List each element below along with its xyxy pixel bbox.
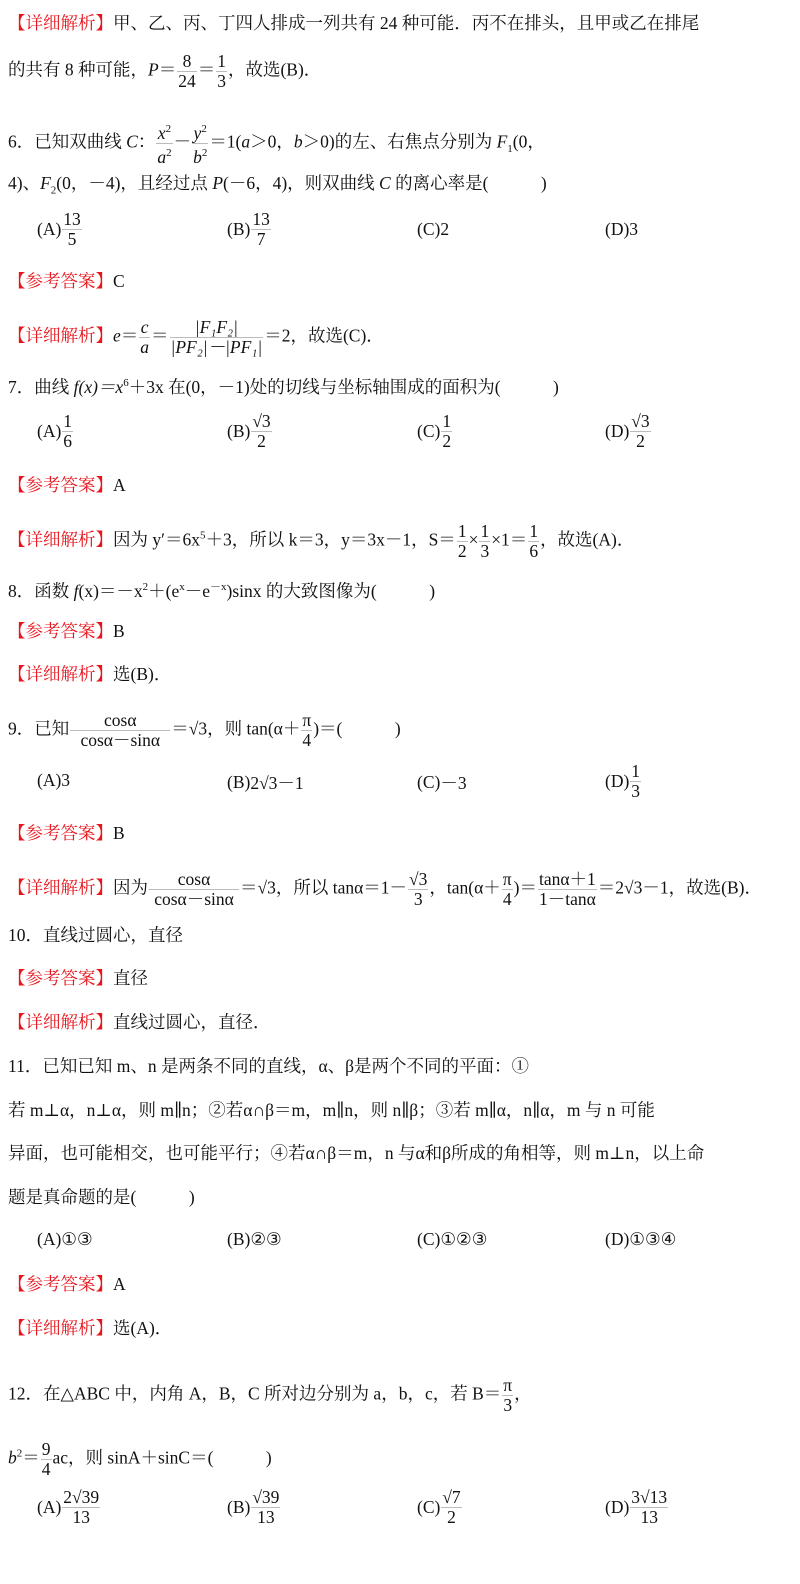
q6-stem-line1: 6．已知双曲线 C：x2a2－y2b2＝1(a＞0，b＞0)的左、右焦点分别为 … (8, 120, 545, 167)
option-b[interactable]: (B)√32 (227, 412, 273, 451)
q7-answer: 【参考答案】A (8, 474, 126, 496)
analysis-label: 【详细解析】 (8, 13, 113, 33)
fraction: 13 (216, 52, 227, 91)
analysis-label: 【详细解析】 (8, 1012, 113, 1032)
q8-answer: 【参考答案】B (8, 620, 125, 642)
fraction: y2b2 (192, 120, 208, 167)
option-a[interactable]: (A)135 (37, 210, 83, 249)
q9-analysis: 【详细解析】因为cosαcosα－sinα＝√3，所以 tanα＝1－√33，t… (8, 870, 762, 909)
answer-label: 【参考答案】 (8, 968, 113, 988)
analysis-label: 【详细解析】 (8, 326, 113, 346)
answer-label: 【参考答案】 (8, 475, 113, 495)
q12-stem-line1: 12．在△ABC 中，内角 A，B，C 所对边分别为 a，b，c，若 B＝π3， (8, 1376, 532, 1415)
analysis-label: 【详细解析】 (8, 530, 113, 550)
q6-stem-line2: 4)、F2(0，－4)，且经过点 P(－6，4)，则双曲线 C 的离心率是( ) (8, 172, 547, 202)
option-d[interactable]: (D)3√1313 (605, 1488, 669, 1527)
q11-options: (A)①③ (B)②③ (C)①②③ (D)①③④ (0, 1229, 800, 1269)
option-b[interactable]: (B)137 (227, 210, 272, 249)
q10-stem: 10．直线过圆心，直径 (8, 924, 183, 946)
analysis-label: 【详细解析】 (8, 878, 113, 898)
q10-analysis: 【详细解析】直线过圆心，直径． (8, 1011, 271, 1033)
option-a[interactable]: (A)3 (37, 770, 70, 791)
q6-options: (A)135 (B)137 (C)2 (D)3 (0, 210, 800, 250)
q7-analysis: 【详细解析】因为 y′＝6x5＋3，所以 k＝3，y＝3x－1，S＝12×13×… (8, 522, 634, 561)
option-b[interactable]: (B)②③ (227, 1229, 282, 1250)
option-b[interactable]: (B)√3913 (227, 1488, 281, 1527)
q11-stem-line1: 11．已知已知 m、n 是两条不同的直线，α、β是两个不同的平面：① (8, 1055, 529, 1077)
q7-stem: 7．曲线 f(x)＝x6＋3x 在(0，－1)处的切线与坐标轴围成的面积为( ) (8, 372, 559, 398)
analysis-label: 【详细解析】 (8, 664, 113, 684)
fraction: x2a2 (156, 120, 172, 167)
q9-answer: 【参考答案】B (8, 822, 125, 844)
q8-stem: 8．函数 f(x)＝－x2＋(ex－e－x)sinx 的大致图像为( ) (8, 576, 435, 602)
q11-analysis: 【详细解析】选(A)． (8, 1317, 172, 1339)
q11-stem-line2: 若 m⊥α，n⊥α，则 m∥n；②若α∩β＝m，m∥n，则 n∥β；③若 m∥α… (8, 1099, 655, 1121)
option-d[interactable]: (D)13 (605, 762, 642, 801)
q11-stem-line3: 异面，也可能相交，也可能平行；④若α∩β＝m，n 与α和β所成的角相等，则 m⊥… (8, 1142, 704, 1164)
q5-analysis-line1: 【详细解析】甲、乙、丙、丁四人排成一列共有 24 种可能．丙不在排头，且甲或乙在… (8, 12, 699, 34)
option-c[interactable]: (C)√72 (417, 1488, 463, 1527)
option-a[interactable]: (A)2√3913 (37, 1488, 101, 1527)
answer-label: 【参考答案】 (8, 621, 113, 641)
option-b[interactable]: (B)2√3－1 (227, 770, 304, 795)
q12-stem-line2: b2＝94ac，则 sinA＋sinC＝( ) (8, 1440, 272, 1479)
option-c[interactable]: (C)①②③ (417, 1229, 487, 1250)
q9-options: (A)3 (B)2√3－1 (C)－3 (D)13 (0, 770, 800, 810)
q11-stem-line4: 题是真命题的是( ) (8, 1186, 195, 1208)
option-d[interactable]: (D)3 (605, 219, 638, 240)
option-c[interactable]: (C)2 (417, 219, 449, 240)
q8-analysis: 【详细解析】选(B)． (8, 663, 171, 685)
q11-answer: 【参考答案】A (8, 1273, 126, 1295)
option-c[interactable]: (C)12 (417, 412, 453, 451)
option-a[interactable]: (A)16 (37, 412, 74, 451)
option-c[interactable]: (C)－3 (417, 770, 467, 795)
q10-answer: 【参考答案】直径 (8, 967, 148, 989)
q6-analysis: 【详细解析】e＝ca＝|F₁F₂||PF₂|－|PF₁|＝2，故选(C)． (8, 318, 384, 357)
answer-label: 【参考答案】 (8, 1274, 113, 1294)
q12-options: (A)2√3913 (B)√3913 (C)√72 (D)3√1313 (0, 1488, 800, 1528)
q5-analysis-line2: 的共有 8 种可能，P＝824＝13，故选(B)． (8, 52, 321, 91)
q6-answer: 【参考答案】C (8, 270, 125, 292)
option-a[interactable]: (A)①③ (37, 1229, 93, 1250)
option-d[interactable]: (D)√32 (605, 412, 652, 451)
q9-stem: 9．已知cosαcosα－sinα＝√3，则 tan(α＋π4)＝( ) (8, 711, 401, 750)
option-d[interactable]: (D)①③④ (605, 1229, 676, 1250)
answer-label: 【参考答案】 (8, 823, 113, 843)
fraction: 824 (177, 52, 197, 91)
analysis-label: 【详细解析】 (8, 1318, 113, 1338)
q7-options: (A)16 (B)√32 (C)12 (D)√32 (0, 412, 800, 452)
answer-label: 【参考答案】 (8, 271, 113, 291)
